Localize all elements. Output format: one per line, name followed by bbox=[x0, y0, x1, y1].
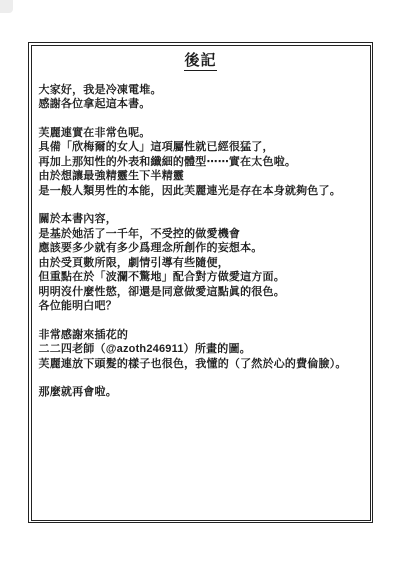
paragraph: 那麼就再會啦。 bbox=[39, 385, 364, 400]
page-content: 大家好，我是冷凍電堆。 感謝各位拿起這本書。 芙麗連實在非常色呢。 具備「欣梅爾… bbox=[32, 83, 370, 400]
page-frame: 後記 大家好，我是冷凍電堆。 感謝各位拿起這本書。 芙麗連實在非常色呢。 具備「… bbox=[28, 42, 373, 523]
paragraph: 非常感謝來插花的 二二四老師（@azoth246911）所畫的圖。 芙麗連放下頭… bbox=[39, 328, 364, 372]
text-line: 大家好，我是冷凍電堆。 bbox=[39, 83, 364, 98]
scan-artifact bbox=[0, 0, 13, 13]
paragraph: 關於本書內容， 是基於她活了一千年，不受控的做愛機會 應該要多少就有多少爲理念所… bbox=[39, 212, 364, 314]
text-line: 芙麗連放下頭髮的樣子也很色，我懂的（了然於心的費倫臉）。 bbox=[39, 357, 364, 372]
text-line: 應該要多少就有多少爲理念所創作的妄想本。 bbox=[39, 241, 364, 256]
text-line: 由於受頁數所限，劇情引導有些隨便， bbox=[39, 256, 364, 271]
text-line: 芙麗連實在非常色呢。 bbox=[39, 126, 364, 141]
page-frame-inner: 後記 大家好，我是冷凍電堆。 感謝各位拿起這本書。 芙麗連實在非常色呢。 具備「… bbox=[31, 45, 371, 521]
text-line: 非常感謝來插花的 bbox=[39, 328, 364, 343]
text-line: 感謝各位拿起這本書。 bbox=[39, 97, 364, 112]
text-line: 二二四老師（@azoth246911）所畫的圖。 bbox=[39, 342, 364, 357]
text-line: 關於本書內容， bbox=[39, 212, 364, 227]
text-line: 是一般人類男性的本能，因此芙麗連光是存在本身就夠色了。 bbox=[39, 184, 364, 199]
text-line: 各位能明白吧？ bbox=[39, 299, 364, 314]
text-line: 那麼就再會啦。 bbox=[39, 385, 364, 400]
text-line: 但重點在於「波瀾不驚地」配合對方做愛這方面。 bbox=[39, 270, 364, 285]
paragraph: 芙麗連實在非常色呢。 具備「欣梅爾的女人」這項屬性就已經很猛了， 再加上那知性的… bbox=[39, 126, 364, 199]
paragraph: 大家好，我是冷凍電堆。 感謝各位拿起這本書。 bbox=[39, 83, 364, 112]
afterword-page: 後記 大家好，我是冷凍電堆。 感謝各位拿起這本書。 芙麗連實在非常色呢。 具備「… bbox=[0, 0, 400, 565]
text-line: 具備「欣梅爾的女人」這項屬性就已經很猛了， bbox=[39, 140, 364, 155]
page-title: 後記 bbox=[32, 52, 370, 70]
text-line: 是基於她活了一千年，不受控的做愛機會 bbox=[39, 227, 364, 242]
page-title-text: 後記 bbox=[184, 52, 216, 71]
text-line: 由於想讓最強精靈生下半精靈 bbox=[39, 169, 364, 184]
text-line: 再加上那知性的外表和纖細的體型⋯⋯實在太色啦。 bbox=[39, 155, 364, 170]
text-line: 明明沒什麼性慾，卻還是同意做愛這點眞的很色。 bbox=[39, 285, 364, 300]
